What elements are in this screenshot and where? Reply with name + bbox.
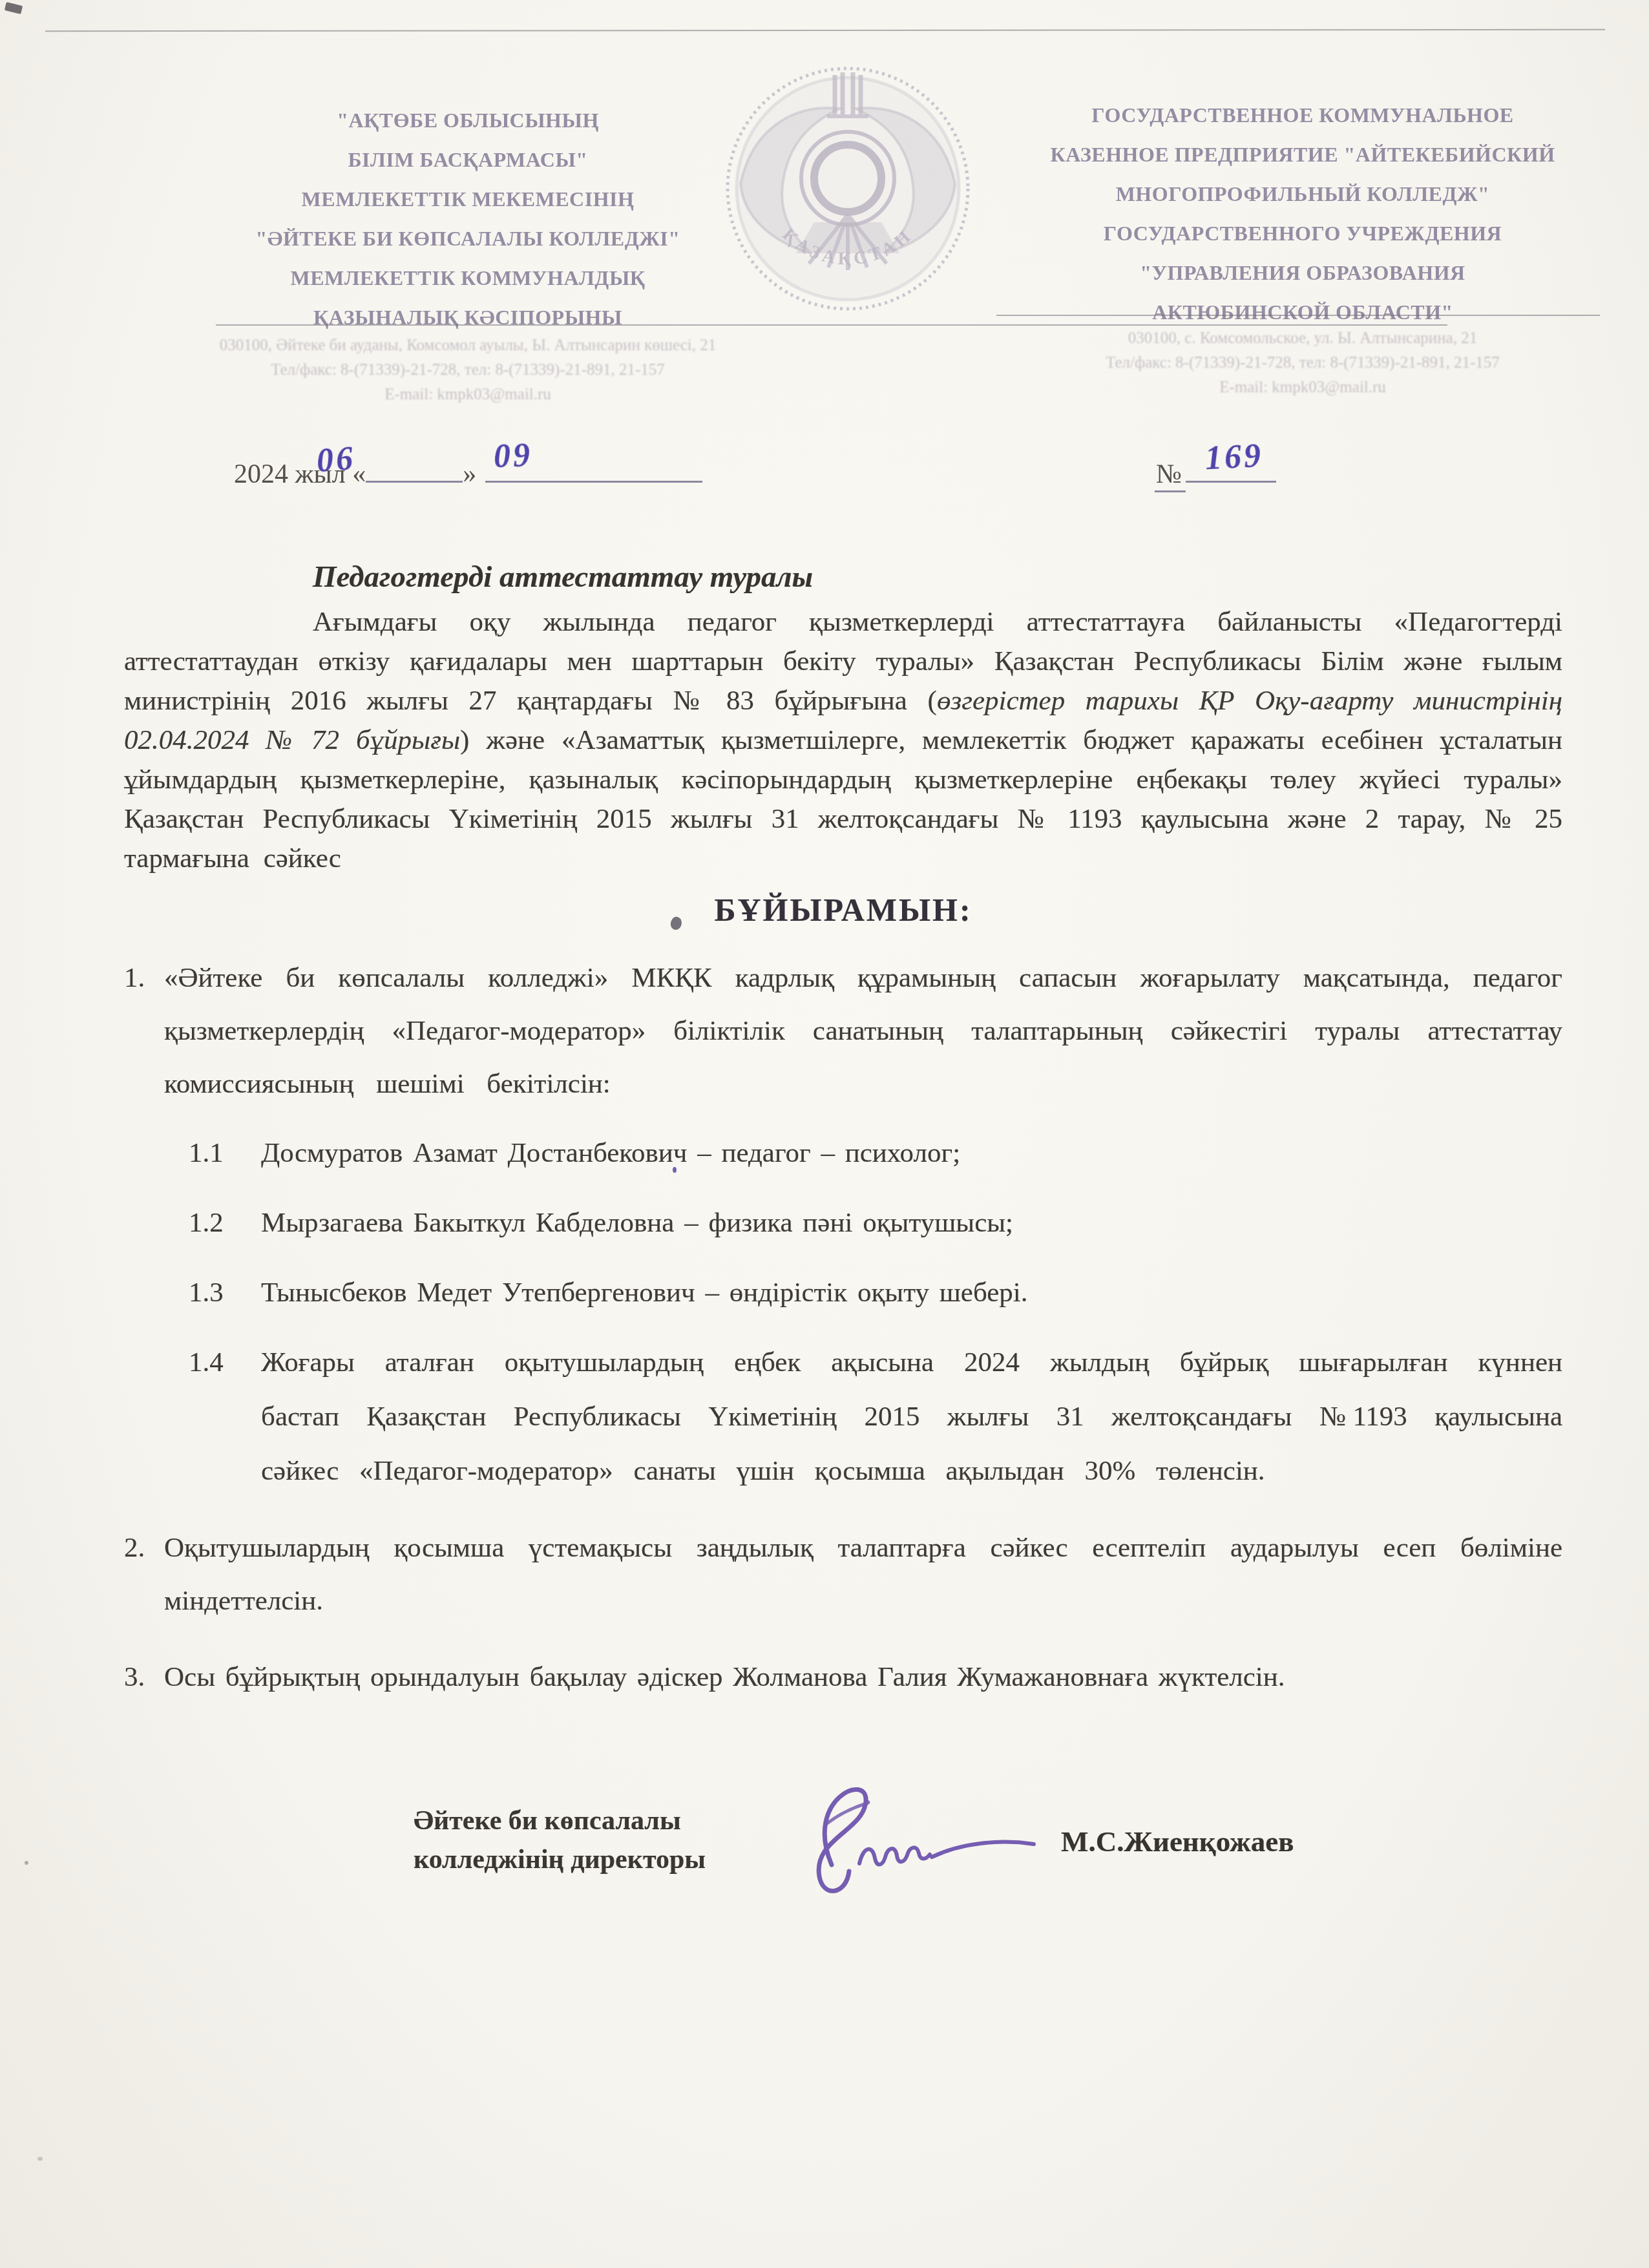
address-line: Тел/факс: 8-(71339)-21-728, тел: 8-(7133… xyxy=(193,358,743,383)
address-line: E-mail: kmpk03@mail.ru xyxy=(995,375,1610,400)
subitem-text: Жоғары аталған оқытушылардың еңбек ақысы… xyxy=(261,1336,1562,1498)
order-item-2: 2. Оқытушылардың қосымша үстемақысы заңд… xyxy=(124,1522,1562,1628)
item-number: 1. xyxy=(124,952,164,1111)
order-subitem-1-2: 1.2 Мырзагаева Бакыткул Кабделовна – физ… xyxy=(189,1196,1562,1250)
letterhead-address-russian: 030100, с. Комсомольское, ул. Ы. Алтынса… xyxy=(995,326,1610,400)
letterhead-address-kazakh: 030100, Әйтеке би ауданы, Комсомол ауылы… xyxy=(193,333,743,407)
item-text: Оқытушылардың қосымша үстемақысы заңдылы… xyxy=(164,1522,1562,1628)
org-line: ГОСУДАРСТВЕННОЕ КОММУНАЛЬНОЕ xyxy=(995,96,1610,135)
scan-artifact-speck xyxy=(37,2157,43,2161)
handwritten-month: 09 xyxy=(493,436,533,476)
director-name: М.С.Жиенқожаев xyxy=(1061,1825,1294,1858)
order-subitem-1-3: 1.3 Тынысбеков Медет Утепбергенович – өн… xyxy=(189,1266,1562,1320)
org-line: ГОСУДАРСТВЕННОГО УЧРЕЖДЕНИЯ xyxy=(995,214,1610,253)
handwritten-order-number: 169 xyxy=(1204,437,1265,478)
order-subitem-1-1: 1.1 Досмуратов Азамат Достанбекович – пе… xyxy=(189,1126,1562,1181)
subitem-number: 1.4 xyxy=(189,1336,261,1498)
subitem-text: Тынысбеков Медет Утепбергенович – өндірі… xyxy=(261,1266,1562,1320)
order-body: Педагогтерді аттестаттау туралы Ағымдағы… xyxy=(124,560,1562,1704)
director-signature-icon xyxy=(770,1761,1074,1923)
scan-artifact-line xyxy=(45,29,1605,32)
letterhead-org-russian: ГОСУДАРСТВЕННОЕ КОММУНАЛЬНОЕ КАЗЕННОЕ ПР… xyxy=(995,96,1610,332)
number-sign: № xyxy=(1155,459,1186,492)
scan-artifact-speck xyxy=(25,1861,28,1865)
org-line: КАЗЕННОЕ ПРЕДПРИЯТИЕ "АЙТЕКЕБИЙСКИЙ xyxy=(995,135,1610,174)
scanned-document-page: "АҚТӨБЕ ОБЛЫСЫНЫҢ БІЛІМ БАСҚАРМАСЫ" МЕМЛ… xyxy=(0,0,1649,2268)
order-subitems: 1.1 Досмуратов Азамат Достанбекович – пе… xyxy=(189,1126,1562,1498)
subitem-text: Мырзагаева Бакыткул Кабделовна – физика … xyxy=(261,1196,1562,1250)
close-quote: » xyxy=(463,459,476,489)
order-subitem-1-4: 1.4 Жоғары аталған оқытушылардың еңбек а… xyxy=(189,1336,1562,1498)
subitem-number: 1.3 xyxy=(189,1266,261,1320)
address-line: 030100, с. Комсомольское, ул. Ы. Алтынса… xyxy=(995,326,1610,351)
date-and-number-line: 2024 жыл «» 06 09 № 169 xyxy=(234,454,1578,531)
decree-word: БҰЙЫРАМЫН: xyxy=(714,892,972,928)
day-blank-line xyxy=(366,454,463,483)
address-line: E-mail: kmpk03@mail.ru xyxy=(193,383,743,407)
scan-artifact-mark xyxy=(669,915,684,931)
order-item-3: 3. Осы бұйрықтың орындалуын бақылау әдіс… xyxy=(124,1651,1562,1704)
order-number-group: № 169 xyxy=(1155,454,1276,490)
scan-artifact-speck xyxy=(5,2,23,14)
org-line: ҚАЗЫНАЛЫҚ КӘСІПОРЫНЫ xyxy=(193,298,743,337)
letterhead-divider xyxy=(216,324,1447,326)
org-line: "УПРАВЛЕНИЯ ОБРАЗОВАНИЯ xyxy=(995,253,1610,293)
item-text: «Әйтеке би көпсалалы колледжі» МКҚК кадр… xyxy=(164,952,1562,1111)
item-number: 3. xyxy=(124,1651,164,1704)
order-item-1: 1. «Әйтеке би көпсалалы колледжі» МКҚК к… xyxy=(124,952,1562,1111)
decree-heading: БҰЙЫРАМЫН: xyxy=(124,891,1562,929)
address-line: 030100, Әйтеке би ауданы, Комсомол ауылы… xyxy=(193,333,743,358)
org-line: МЕМЛЕКЕТТІК МЕКЕМЕСІНІҢ xyxy=(193,180,743,219)
order-preamble: Ағымдағы оқу жылында педагог қызметкерле… xyxy=(124,602,1562,878)
org-line: МЕМЛЕКЕТТІК КОММУНАЛДЫҚ xyxy=(193,258,743,298)
subitem-number: 1.1 xyxy=(189,1126,261,1181)
subitem-number: 1.2 xyxy=(189,1196,261,1250)
subitem-text: Досмуратов Азамат Достанбекович – педаго… xyxy=(261,1126,1562,1181)
kazakhstan-emblem-icon: ҚАЗАҚСТАН xyxy=(719,59,977,318)
org-line: "ӘЙТЕКЕ БИ КӨПСАЛАЛЫ КОЛЛЕДЖІ" xyxy=(193,219,743,258)
letterhead-divider xyxy=(996,315,1600,316)
org-line: "АҚТӨБЕ ОБЛЫСЫНЫҢ xyxy=(193,101,743,140)
item-number: 2. xyxy=(124,1522,164,1628)
item-text: Осы бұйрықтың орындалуын бақылау әдіскер… xyxy=(164,1651,1562,1704)
handwritten-day: 06 xyxy=(315,439,357,480)
org-line: МНОГОПРОФИЛЬНЫЙ КОЛЛЕДЖ" xyxy=(995,174,1610,214)
org-line: БІЛІМ БАСҚАРМАСЫ" xyxy=(193,140,743,180)
letterhead-org-kazakh: "АҚТӨБЕ ОБЛЫСЫНЫҢ БІЛІМ БАСҚАРМАСЫ" МЕМЛ… xyxy=(193,101,743,337)
order-title: Педагогтерді аттестаттау туралы xyxy=(124,560,1562,594)
address-line: Тел/факс: 8-(71339)-21-728, тел: 8-(7133… xyxy=(995,351,1610,375)
